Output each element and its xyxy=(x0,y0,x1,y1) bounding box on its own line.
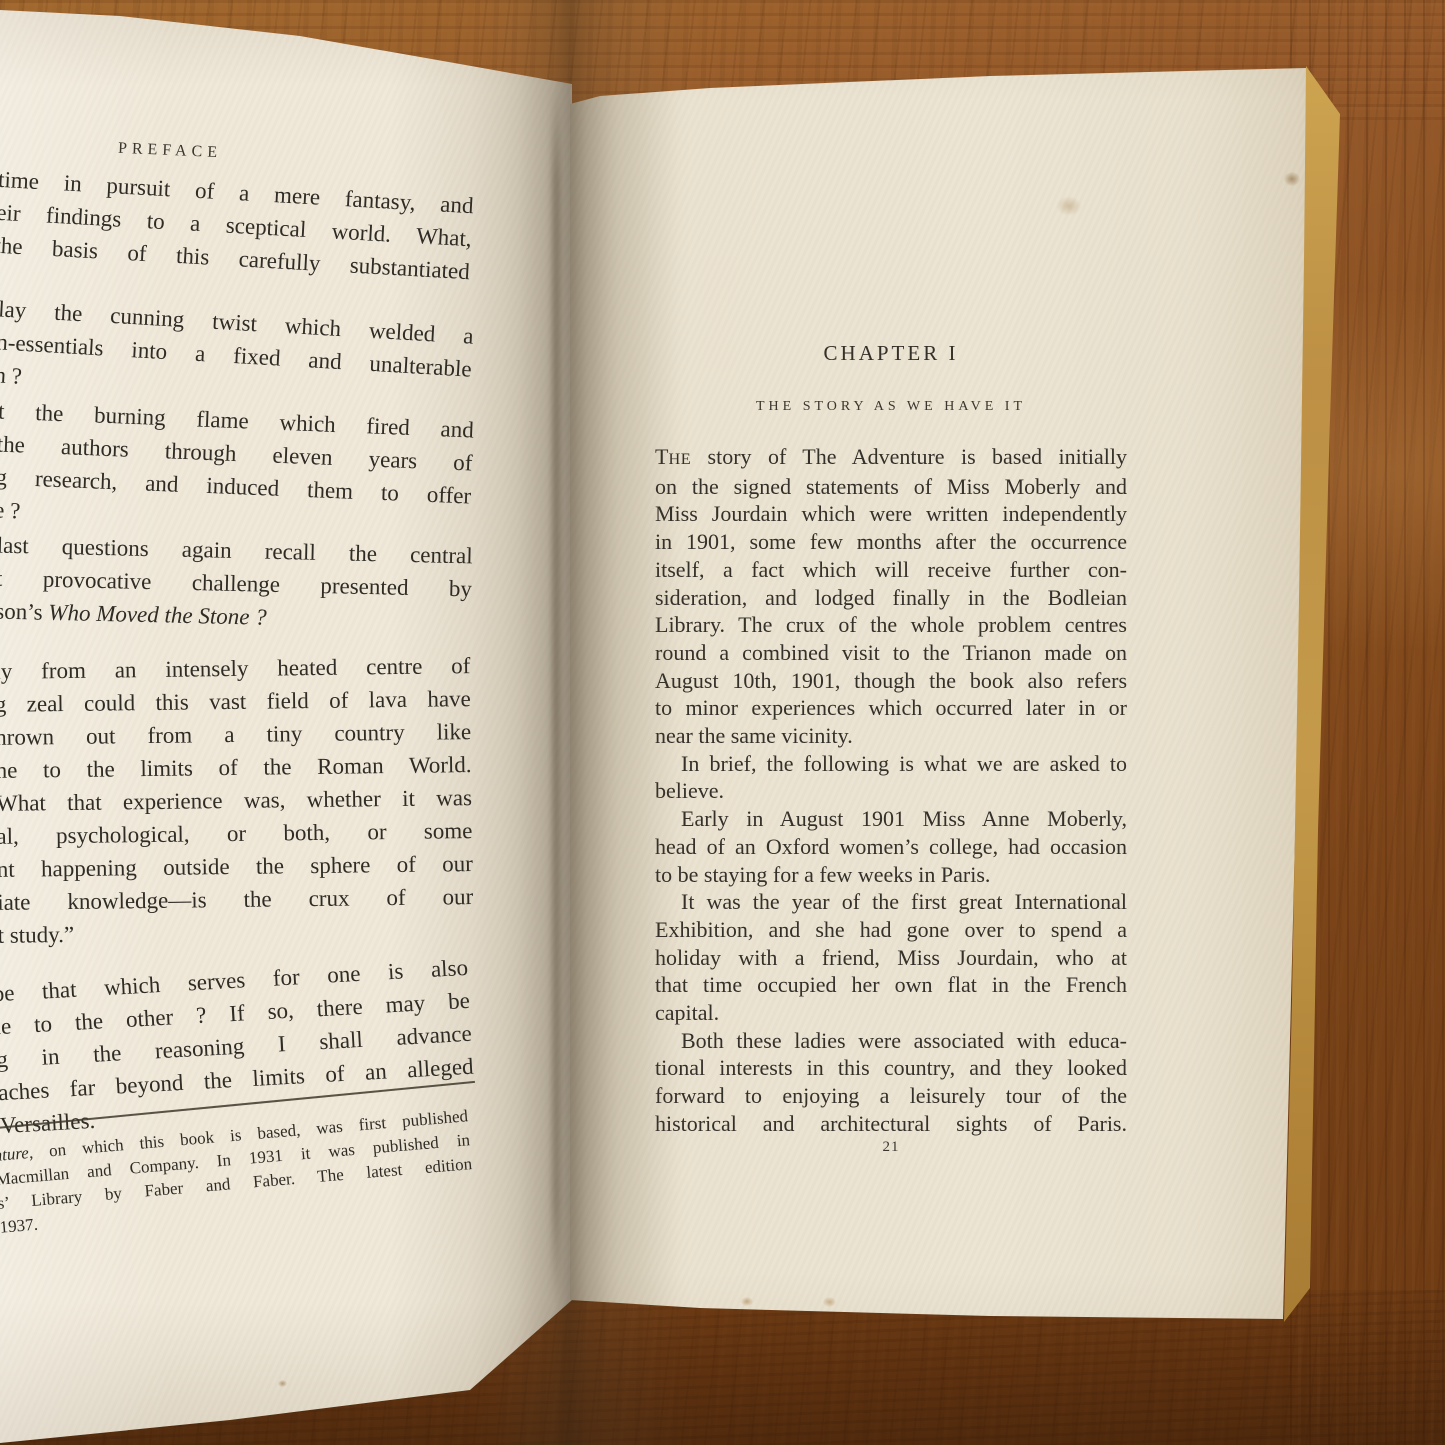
text-line: sideration, and lodged finally in the Bo… xyxy=(655,584,1127,612)
text-line: forward to enjoying a leisurely tour of … xyxy=(655,1082,1127,1110)
text-segment: near the same vicinity. xyxy=(655,723,853,748)
preface-paragraph: time in pursuit of a mere fantasy, andei… xyxy=(0,163,474,288)
text-segment: iate knowledge—is the crux of our xyxy=(0,884,473,915)
text-segment: forward to enjoying a leisurely tour of … xyxy=(655,1083,1127,1108)
smallcaps-text: HE xyxy=(668,449,691,468)
text-line: Early in August 1901 Miss Anne Moberly, xyxy=(655,805,1127,833)
text-line: iate knowledge—is the crux of our xyxy=(0,880,473,919)
text-segment: al, psychological, or both, or some xyxy=(0,818,473,849)
text-line: in 1901, some few months after the occur… xyxy=(655,528,1127,556)
section-heading: THE STORY AS WE HAVE IT xyxy=(655,399,1127,415)
text-segment: Exhibition, and she had gone over to spe… xyxy=(655,917,1127,942)
text-line: Both these ladies were associated with e… xyxy=(655,1027,1127,1055)
text-segment: T xyxy=(655,444,668,469)
italic-text: nture, xyxy=(0,1143,34,1165)
text-line: itself, a fact which will receive furthe… xyxy=(655,556,1127,584)
text-segment: historical and architectural sights of P… xyxy=(655,1111,1127,1136)
text-segment: ly from an intensely heated centre of xyxy=(0,653,471,684)
text-segment: Miss Jourdain which were written indepen… xyxy=(655,501,1127,526)
text-line: believe. xyxy=(655,777,1127,805)
text-line: Exhibition, and she had gone over to spe… xyxy=(655,916,1127,944)
text-line: t study.” xyxy=(0,913,474,952)
text-segment: hrown out from a tiny country like xyxy=(0,719,471,750)
paragraph: Early in August 1901 Miss Anne Moberly,h… xyxy=(655,805,1127,888)
left-page: PREFACE time in pursuit of a mere fantas… xyxy=(0,0,572,1445)
text-line: head of an Oxford women’s college, had o… xyxy=(655,833,1127,861)
text-segment: e ? xyxy=(0,497,21,523)
text-line: holiday with a friend, Miss Jourdain, wh… xyxy=(655,944,1127,972)
text-line: round a combined visit to the Trianon ma… xyxy=(655,639,1127,667)
text-line: In brief, the following is what we are a… xyxy=(655,750,1127,778)
page-number: 21 xyxy=(655,1139,1127,1156)
text-line: August 10th, 1901, though the book also … xyxy=(655,667,1127,695)
text-line: that time occupied her own flat in the F… xyxy=(655,971,1127,999)
italic-text: Who Moved the Stone ? xyxy=(48,600,267,630)
text-segment: In brief, the following is what we are a… xyxy=(681,751,1127,776)
text-segment: story of The Adventure is based initiall… xyxy=(691,444,1127,469)
paragraph: It was the year of the first great Inter… xyxy=(655,888,1127,1027)
text-segment: head of an Oxford women’s college, had o… xyxy=(655,834,1127,859)
preface-paragraph: last questions again recall the centralt… xyxy=(0,529,473,639)
text-line: historical and architectural sights of P… xyxy=(655,1110,1127,1138)
text-segment: on the signed statements of Miss Moberly… xyxy=(655,474,1127,499)
text-line: It was the year of the first great Inter… xyxy=(655,888,1127,916)
text-segment: sideration, and lodged finally in the Bo… xyxy=(655,585,1127,610)
text-line: capital. xyxy=(655,999,1127,1027)
preface-heading: PREFACE xyxy=(118,140,223,163)
text-segment: capital. xyxy=(655,1000,719,1025)
text-segment: Both these ladies were associated with e… xyxy=(681,1028,1127,1053)
text-segment: believe. xyxy=(655,778,724,803)
text-segment: round a combined visit to the Trianon ma… xyxy=(655,640,1127,665)
paragraph: Both these ladies were associated with e… xyxy=(655,1027,1127,1138)
chapter-heading: CHAPTER I xyxy=(655,341,1127,366)
open-book-photo: PREFACE time in pursuit of a mere fantas… xyxy=(0,0,1445,1445)
text-segment: 1937. xyxy=(0,1215,39,1237)
text-segment: to minor experiences which occurred late… xyxy=(655,695,1127,720)
text-line: on the signed statements of Miss Moberly… xyxy=(655,473,1127,501)
paragraph: THE story of The Adventure is based init… xyxy=(655,443,1127,750)
text-segment: What that experience was, whether it was xyxy=(0,785,472,816)
text-segment: that time occupied her own flat in the F… xyxy=(655,972,1127,997)
text-line: to be staying for a few weeks in Paris. xyxy=(655,861,1127,889)
text-line: near the same vicinity. xyxy=(655,722,1127,750)
text-segment: itself, a fact which will receive furthe… xyxy=(655,557,1127,582)
text-segment: August 10th, 1901, though the book also … xyxy=(655,668,1127,693)
text-segment: It was the year of the first great Inter… xyxy=(681,889,1127,914)
text-segment: to be staying for a few weeks in Paris. xyxy=(655,862,990,887)
text-line: Miss Jourdain which were written indepen… xyxy=(655,500,1127,528)
text-segment: holiday with a friend, Miss Jourdain, wh… xyxy=(655,945,1127,970)
right-page: CHAPTER I THE STORY AS WE HAVE IT THE st… xyxy=(570,0,1342,1445)
text-segment: in 1901, some few months after the occur… xyxy=(655,529,1127,554)
text-line: Library. The crux of the whole problem c… xyxy=(655,611,1127,639)
preface-paragraph: t the burning flame which fired andthe a… xyxy=(0,395,474,546)
text-segment: Early in August 1901 Miss Anne Moberly, xyxy=(681,806,1127,831)
text-segment: nt happening outside the sphere of our xyxy=(0,851,473,882)
chapter-body-text: THE story of The Adventure is based init… xyxy=(655,443,1127,1138)
text-line: to minor experiences which occurred late… xyxy=(655,694,1127,722)
text-segment: ne to the limits of the Roman World. xyxy=(0,752,472,783)
text-line: THE story of The Adventure is based init… xyxy=(655,443,1127,473)
text-segment: t study.” xyxy=(0,922,74,948)
text-segment: g zeal could this vast field of lava hav… xyxy=(0,686,471,717)
paragraph: In brief, the following is what we are a… xyxy=(655,750,1127,805)
text-segment: tional interests in this country, and th… xyxy=(655,1055,1127,1080)
text-segment: n ? xyxy=(0,362,23,389)
text-segment: son’s xyxy=(0,599,49,625)
preface-paragraph: ly from an intensely heated centre ofg z… xyxy=(0,649,474,952)
text-line: tional interests in this country, and th… xyxy=(655,1054,1127,1082)
text-segment: Library. The crux of the whole problem c… xyxy=(655,612,1127,637)
